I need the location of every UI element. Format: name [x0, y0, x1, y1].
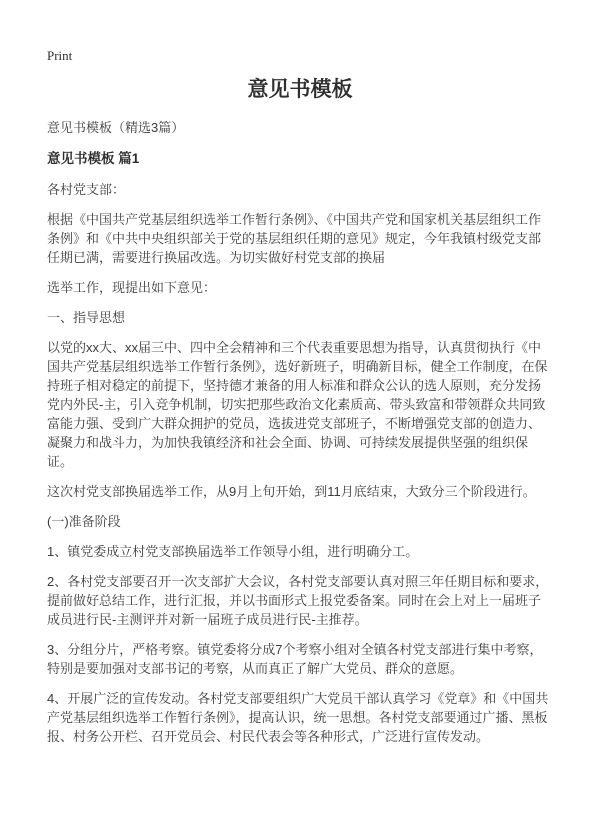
- paragraph-item-3: 3、分组分片，严格考察。镇党委将分成7个考察小组对全镇各村党支部进行集中考察，特…: [47, 640, 553, 678]
- section-heading-part1: 意见书模板 篇1: [47, 149, 553, 168]
- paragraph-item-1: 1、镇党委成立村党支部换届选举工作领导小组，进行明确分工。: [47, 542, 553, 561]
- paragraph-preparation-stage-heading: (一)准备阶段: [47, 512, 553, 531]
- paragraph-basis: 根据《中国共产党基层组织选举工作暂行条例》、《中国共产党和国家机关基层组织工作条…: [47, 210, 553, 267]
- paragraph-guiding-ideology-heading: 一、指导思想: [47, 308, 553, 327]
- paragraph-schedule: 这次村党支部换届选举工作，从9月上旬开始，到11月底结束，大致分三个阶段进行。: [47, 482, 553, 501]
- print-link[interactable]: Print: [47, 46, 72, 65]
- paragraph-intent: 选举工作，现提出如下意见：: [47, 278, 553, 297]
- paragraph-item-2: 2、各村党支部要召开一次支部扩大会议，各村党支部要认真对照三年任期目标和要求，提…: [47, 572, 553, 629]
- doc-subtitle: 意见书模板（精选3篇）: [47, 118, 553, 137]
- paragraph-item-4: 4、开展广泛的宣传发动。各村党支部要组织广大党员干部认真学习《党章》和《中国共产…: [47, 689, 553, 746]
- document-page: Print 意见书模板 意见书模板（精选3篇） 意见书模板 篇1 各村党支部： …: [0, 0, 600, 828]
- paragraph-salutation: 各村党支部：: [47, 180, 553, 199]
- page-title: 意见书模板: [47, 77, 553, 103]
- document-body: 各村党支部： 根据《中国共产党基层组织选举工作暂行条例》、《中国共产党和国家机关…: [47, 180, 553, 746]
- paragraph-guiding-ideology-body: 以党的xx大、xx届三中、四中全会精神和三个代表重要思想为指导，认真贯彻执行《中…: [47, 338, 553, 471]
